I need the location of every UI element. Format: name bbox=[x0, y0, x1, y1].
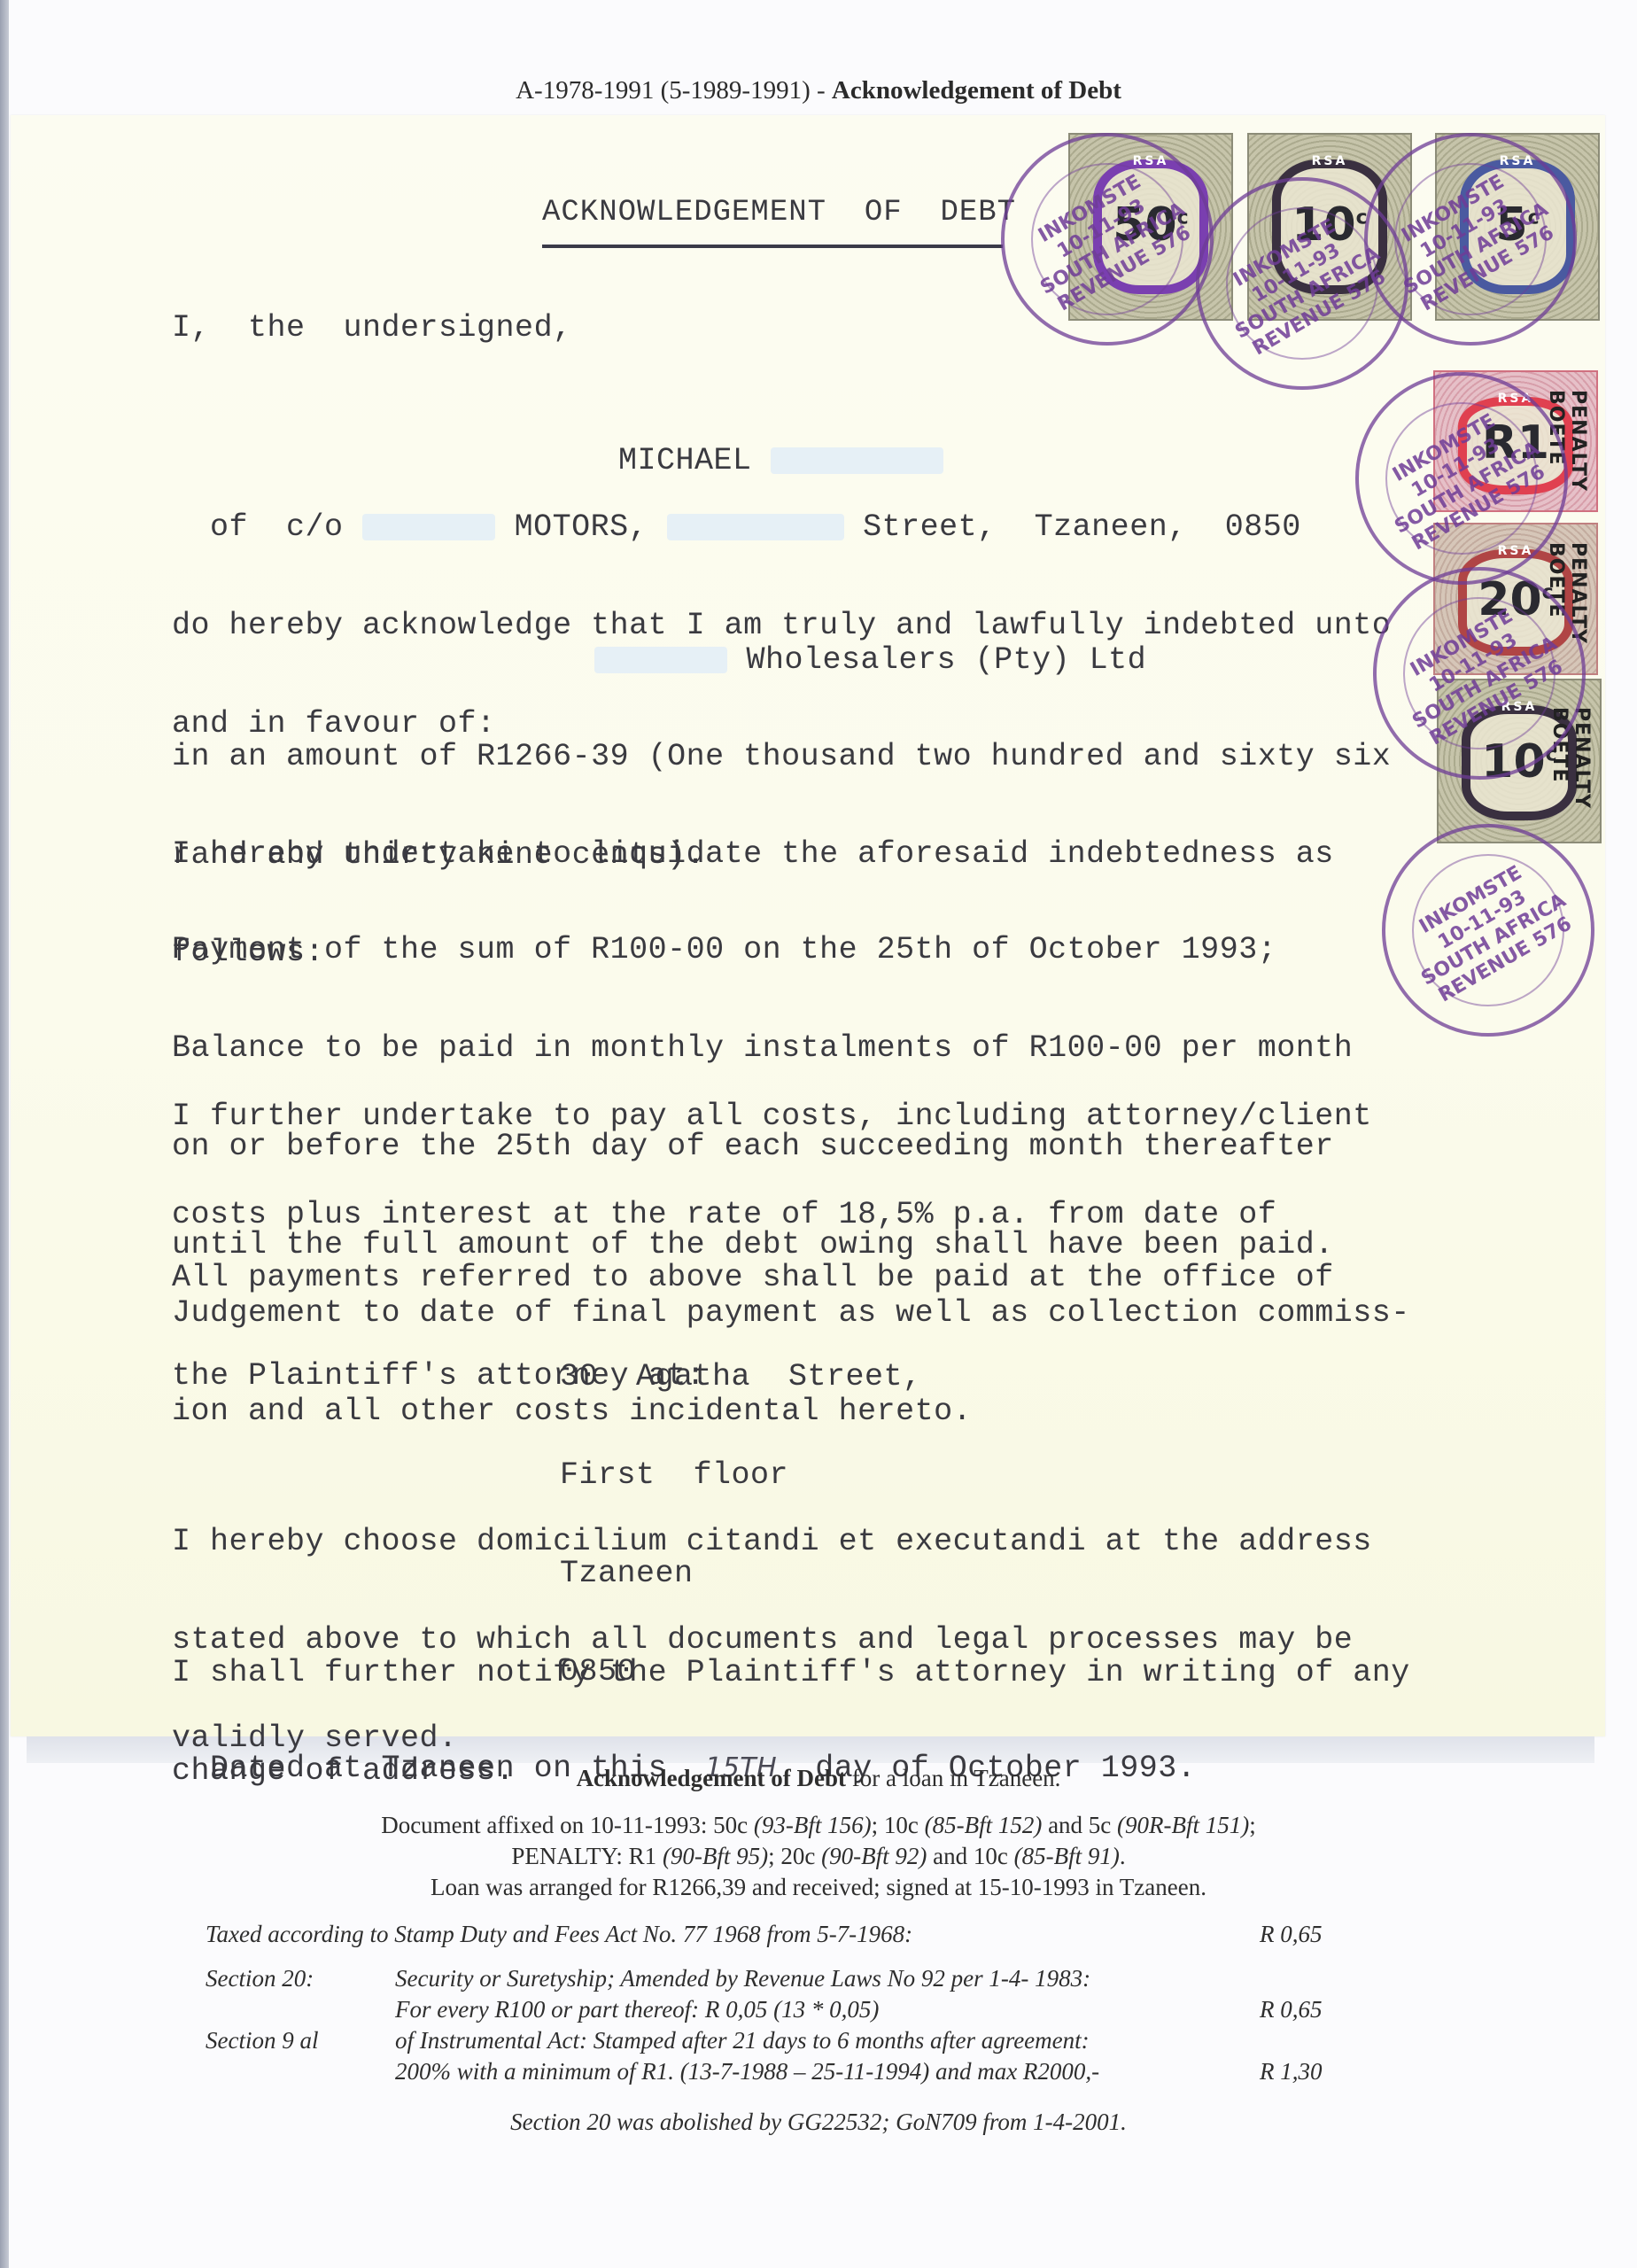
catalog-reference: (93-Bft 156) bbox=[754, 1812, 872, 1838]
debtor-first-name: MICHAEL bbox=[618, 443, 752, 478]
section9-line: of Instrumental Act: Stamped after 21 da… bbox=[395, 2027, 1090, 2054]
revenue-cancellation-postmark: INKOMSTE 10-11-93 SOUTH AFRICA REVENUE 5… bbox=[1355, 372, 1568, 585]
text-line: I further undertake to pay all costs, in… bbox=[172, 1100, 1410, 1133]
catalog-reference: (90R-Bft 151) bbox=[1117, 1812, 1249, 1838]
section20-amount: R 0,65 bbox=[1260, 1996, 1323, 2023]
header-title: Acknowledgement of Debt bbox=[832, 76, 1121, 105]
creditor-name: Wholesalers (Pty) Ltd bbox=[556, 611, 1146, 677]
street-suffix: Street, Tzaneen, 0850 bbox=[863, 509, 1301, 545]
catalog-reference: (85-Bft 91) bbox=[1014, 1843, 1120, 1869]
section9-label: Section 9 al bbox=[206, 2027, 318, 2054]
section9-amount: R 1,30 bbox=[1260, 2058, 1323, 2085]
postmark-text: INKOMSTE 10-11-93 SOUTH AFRICA REVENUE 5… bbox=[1377, 159, 1563, 320]
abolished-note: Section 20 was abolished by GG22532; GoN… bbox=[0, 2109, 1637, 2136]
section20-line: For every R100 or part thereof: R 0,05 (… bbox=[395, 1996, 879, 2023]
caption-penalty: PENALTY: R1 (90-Bft 95); 20c (90-Bft 92)… bbox=[0, 1843, 1637, 1870]
text-line: I hereby undertake to liquidate the afor… bbox=[172, 838, 1334, 871]
redacted-surname bbox=[771, 447, 943, 474]
debtor-name: MICHAEL bbox=[580, 412, 943, 478]
redacted-creditor bbox=[594, 647, 727, 673]
debtor-address: of c/o MOTORS, Street, Tzaneen, 0850 bbox=[172, 478, 1301, 544]
postmark-text: INKOMSTE 10-11-93 SOUTH AFRICA REVENUE 5… bbox=[1385, 593, 1572, 754]
caption-text: . bbox=[1120, 1843, 1126, 1869]
creditor-suffix: Wholesalers (Pty) Ltd bbox=[747, 642, 1147, 678]
page-header: A-1978-1991 (5-1989-1991) - Acknowledgem… bbox=[0, 76, 1637, 105]
caption-text: and 5c bbox=[1042, 1812, 1117, 1838]
address-prefix: of c/o bbox=[210, 509, 344, 545]
text-line: Payment of the sum of R100-00 on the 25t… bbox=[172, 934, 1353, 967]
caption-affixed: Document affixed on 10-11-1993: 50c (93-… bbox=[0, 1812, 1637, 1839]
redacted-company bbox=[362, 514, 495, 540]
scan-edge bbox=[0, 0, 9, 2268]
tax-taxed-line: Taxed according to Stamp Duty and Fees A… bbox=[206, 1921, 912, 1948]
tax-taxed-amount: R 0,65 bbox=[1260, 1921, 1323, 1948]
document-title: ACKNOWLEDGEMENT OF DEBT bbox=[542, 197, 1016, 229]
text-line: All payments referred to above shall be … bbox=[172, 1262, 1334, 1294]
revenue-cancellation-postmark: INKOMSTE 10-11-93 SOUTH AFRICA REVENUE 5… bbox=[1382, 824, 1594, 1037]
caption-text: ; 20c bbox=[768, 1843, 821, 1869]
catalog-reference: (85-Bft 152) bbox=[925, 1812, 1043, 1838]
catalog-reference: (90-Bft 92) bbox=[821, 1843, 927, 1869]
catalog-code: A-1978-1991 (5-1989-1991) - bbox=[516, 76, 832, 105]
company-suffix: MOTORS, bbox=[515, 509, 648, 545]
revenue-cancellation-postmark: INKOMSTE 10-11-93 SOUTH AFRICA REVENUE 5… bbox=[1364, 133, 1577, 346]
catalog-reference: (90-Bft 95) bbox=[663, 1843, 768, 1869]
caption-text: ; 10c bbox=[872, 1812, 925, 1838]
caption-title-bold: Acknowledgement of Debt bbox=[577, 1765, 846, 1791]
postmark-text: INKOMSTE 10-11-93 SOUTH AFRICA REVENUE 5… bbox=[1013, 159, 1200, 320]
title-underline bbox=[542, 245, 1003, 248]
revenue-cancellation-postmark: INKOMSTE 10-11-93 SOUTH AFRICA REVENUE 5… bbox=[1001, 133, 1214, 346]
postmark-text: INKOMSTE 10-11-93 SOUTH AFRICA REVENUE 5… bbox=[1394, 850, 1581, 1011]
redacted-street bbox=[667, 514, 844, 540]
text-line: I shall further notify the Plaintiff's a… bbox=[172, 1657, 1410, 1689]
caption-text: and 10c bbox=[927, 1843, 1013, 1869]
caption-text: Document affixed on 10-11-1993: 50c bbox=[381, 1812, 754, 1838]
revenue-cancellation-postmark: INKOMSTE 10-11-93 SOUTH AFRICA REVENUE 5… bbox=[1373, 567, 1586, 780]
caption-loan: Loan was arranged for R1266,39 and recei… bbox=[0, 1874, 1637, 1901]
caption-text: PENALTY: R1 bbox=[511, 1843, 663, 1869]
text-line: in an amount of R1266-39 (One thousand t… bbox=[172, 741, 1391, 773]
caption-text: ; bbox=[1249, 1812, 1256, 1838]
stamp-country: RSA bbox=[1249, 154, 1410, 168]
address-line: 30 Agatha Street, bbox=[560, 1361, 922, 1394]
text-line: I hereby choose domicilium citandi et ex… bbox=[172, 1526, 1372, 1558]
section20-label: Section 20: bbox=[206, 1965, 314, 1992]
intro-line: I, the undersigned, bbox=[172, 312, 572, 345]
postmark-text: INKOMSTE 10-11-93 SOUTH AFRICA REVENUE 5… bbox=[1368, 398, 1555, 559]
caption-title: Acknowledgement of Debt for a loan in Tz… bbox=[0, 1765, 1637, 1792]
caption-title-rest: for a loan in Tzaneen. bbox=[846, 1765, 1060, 1791]
section9-line: 200% with a minimum of R1. (13-7-1988 – … bbox=[395, 2058, 1099, 2085]
section20-line: Security or Suretyship; Amended by Reven… bbox=[395, 1965, 1090, 1992]
